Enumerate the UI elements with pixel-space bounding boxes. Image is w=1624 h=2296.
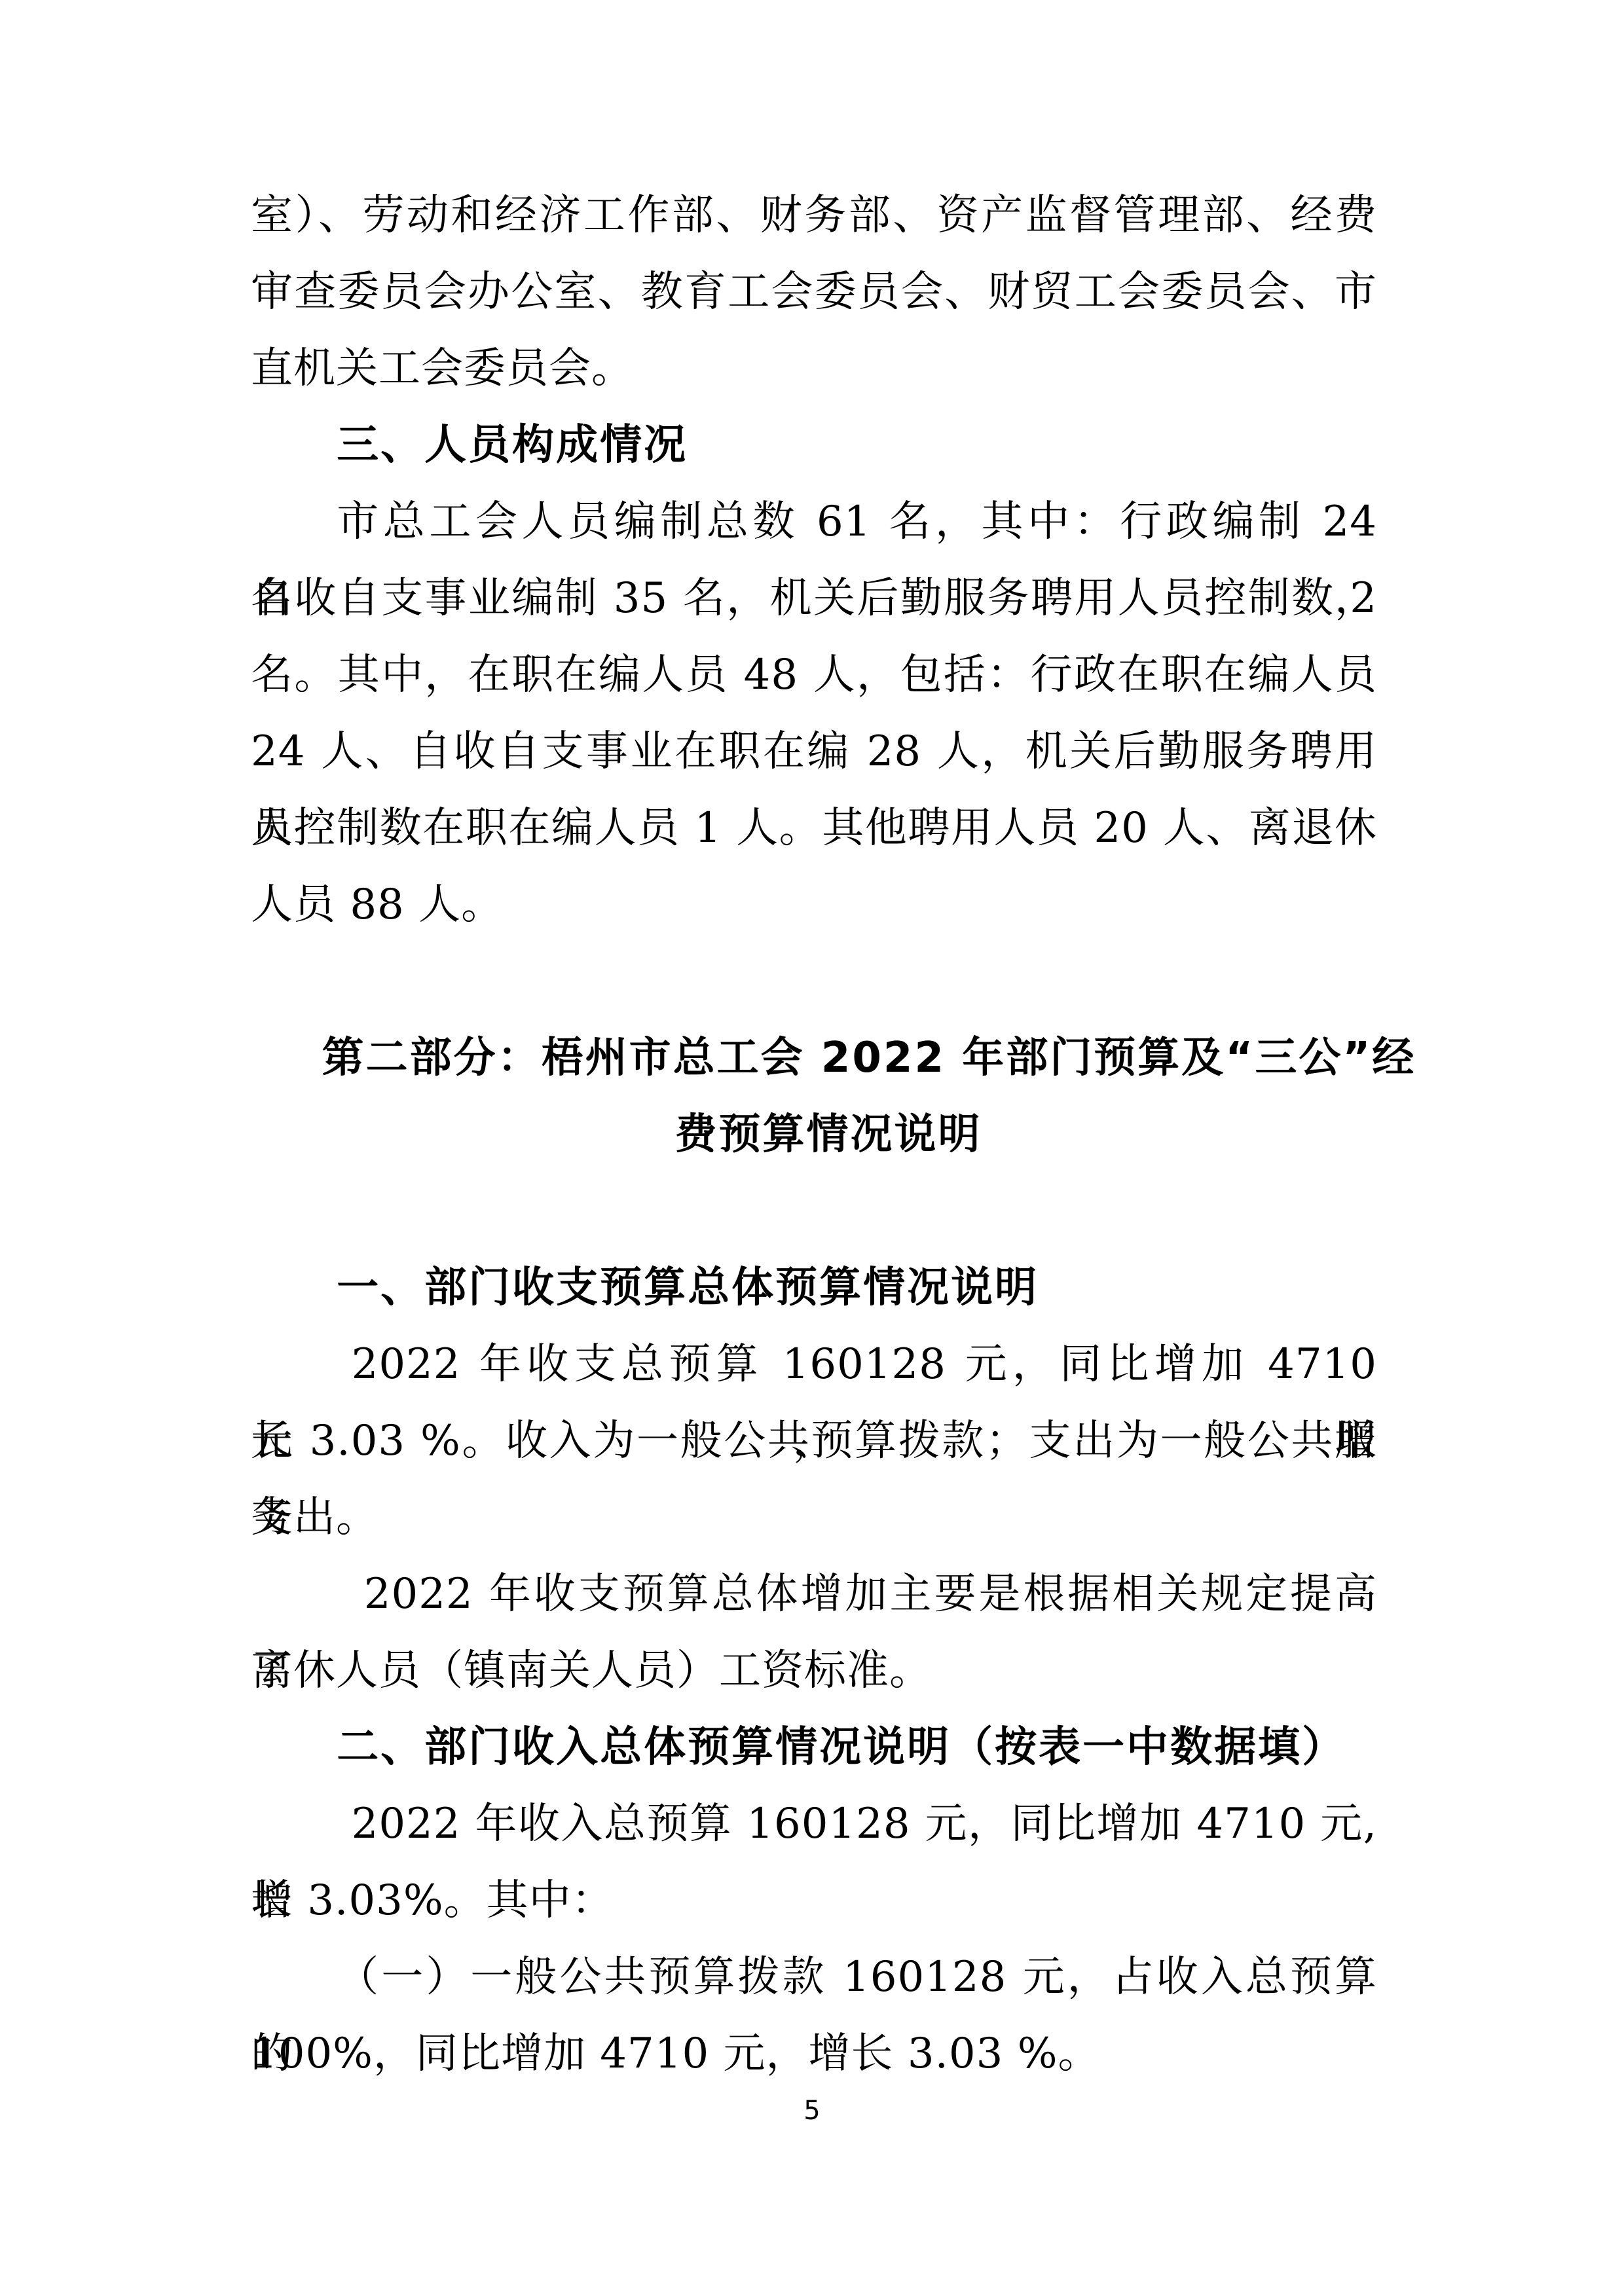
para-departments-line1: 室）、劳动和经济工作部、财务部、资产监督管理部、经费 xyxy=(251,177,1377,254)
para-income-budget-line1: 2022 年收入总预算 160128 元，同比增加 4710 元,增 xyxy=(251,1786,1377,1863)
blank-line xyxy=(251,1173,1377,1250)
para-personnel-line6: 人员 88 人。 xyxy=(251,867,1377,943)
document-body: 室）、劳动和经济工作部、财务部、资产监督管理部、经费 审查委员会办公室、教育工会… xyxy=(251,177,1377,2092)
para-income-budget-line2: 长 3.03%。其中： xyxy=(251,1863,1377,1939)
para-personnel-line5: 员控制数在职在编人员 1 人。其他聘用人员 20 人、离退休 xyxy=(251,790,1377,867)
para-personnel-line3: 名。其中，在职在编人员 48 人，包括：行政在职在编人员 xyxy=(251,637,1377,714)
heading-part2-line1: 第二部分：梧州市总工会 2022 年部门预算及“三公”经 xyxy=(306,1020,1432,1097)
blank-line xyxy=(251,943,1377,1020)
para-general-allocation-line1: （一）一般公共预算拨款 160128 元，占收入总预算的 xyxy=(251,1939,1377,2016)
para-budget-overview-line1: 2022 年收支总预算 160128 元，同比增加 4710 元，增 xyxy=(251,1326,1377,1403)
heading-income-budget: 二、部门收入总体预算情况说明（按表一中数据填） xyxy=(251,1709,1377,1786)
para-budget-increase-line1: 2022 年收支预算总体增加主要是根据相关规定提高了 xyxy=(251,1556,1377,1633)
para-budget-overview-line3: 支出。 xyxy=(251,1480,1377,1556)
document-page: 室）、劳动和经济工作部、财务部、资产监督管理部、经费 审查委员会办公室、教育工会… xyxy=(0,0,1624,2296)
para-personnel-line1: 市总工会人员编制总数 61 名，其中：行政编制 24 名， xyxy=(251,484,1377,560)
para-personnel-line2: 自收自支事业编制 35 名，机关后勤服务聘用人员控制数 2 xyxy=(251,560,1377,637)
para-budget-overview-line2: 长 3.03 %。收入为一般公共预算拨款；支出为一般公共服务 xyxy=(251,1403,1377,1480)
para-general-allocation-line2: 100%，同比增加 4710 元，增长 3.03 %。 xyxy=(251,2016,1377,2092)
para-departments-line3: 直机关工会委员会。 xyxy=(251,331,1377,407)
para-budget-increase-line2: 离休人员（镇南关人员）工资标准。 xyxy=(251,1633,1377,1709)
heading-personnel: 三、人员构成情况 xyxy=(251,407,1377,484)
heading-budget-overview: 一、部门收支预算总体预算情况说明 xyxy=(251,1250,1377,1326)
para-departments-line2: 审查委员会办公室、教育工会委员会、财贸工会委员会、市 xyxy=(251,254,1377,331)
para-personnel-line4: 24 人、自收自支事业在职在编 28 人，机关后勤服务聘用人 xyxy=(251,714,1377,790)
heading-part2-line2: 费预算情况说明 xyxy=(265,1097,1392,1173)
page-number: 5 xyxy=(0,2095,1624,2126)
